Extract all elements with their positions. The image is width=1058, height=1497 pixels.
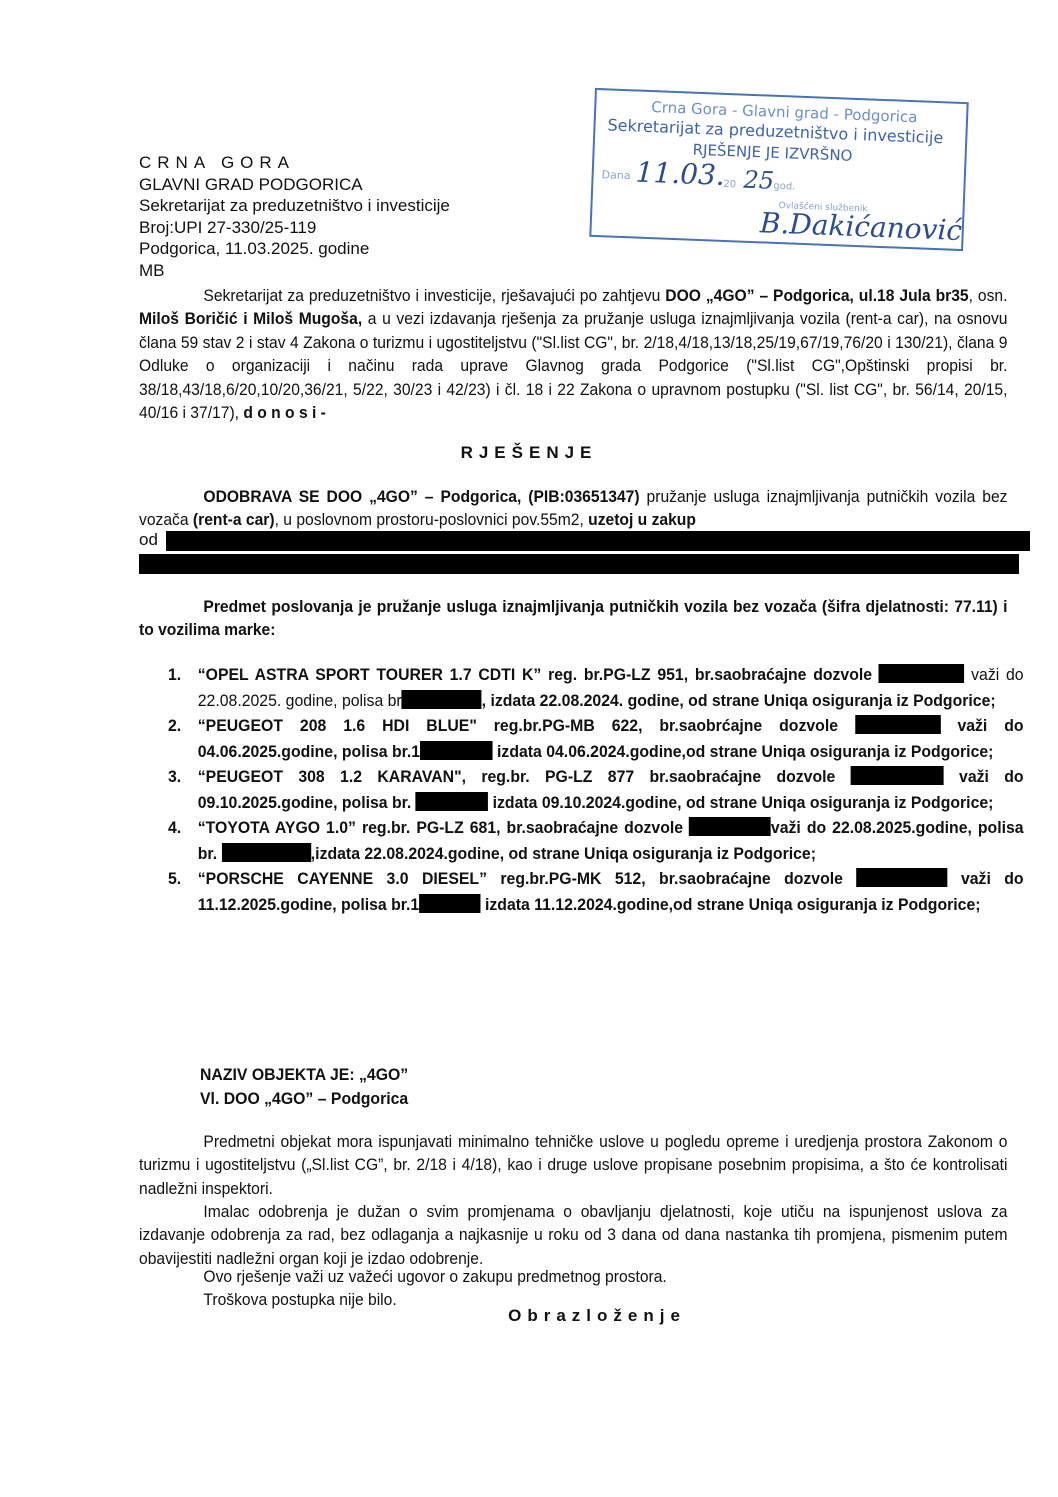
vehicle-number: 4. (168, 815, 181, 841)
vehicle-model: “PEUGEOT 208 1.6 HDI BLUE" (198, 716, 477, 735)
approval-rentacar: (rent-a car) (193, 510, 275, 529)
vehicle-item: 1. “OPEL ASTRA SPORT TOURER 1.7 CDTI K” … (168, 662, 1024, 713)
vehicle-registration: reg. br.PG-LZ 951, br.saobraćajne dozvol… (541, 665, 872, 684)
insurer-text: godine,od strane Uniqa osiguranja iz Pod… (617, 895, 981, 914)
official-signature: B.Dakićanović (759, 206, 962, 247)
redaction-bar (166, 531, 1030, 551)
redacted-permit (879, 664, 965, 683)
vehicle-model: “PEUGEOT 308 1.2 KARAVAN", (198, 767, 466, 786)
redacted-permit (851, 766, 944, 785)
vehicle-item: 5. “PORSCHE CAYENNE 3.0 DIESEL” reg.br.P… (168, 866, 1024, 917)
city-name: GLAVNI GRAD PODGORICA (139, 174, 450, 196)
approval-subject: ODOBRAVA SE DOO „4GO” – Podgorica, (PIB:… (203, 487, 639, 506)
policy-label: godine, polisa br. (281, 793, 411, 812)
intro-decides: d o n o s i - (243, 403, 326, 422)
object-owner: Vl. DOO „4GO” – Podgorica (200, 1087, 408, 1111)
insurer-text: godine,od strane Uniqa osiguranja iz Pod… (630, 742, 994, 761)
insurer-text: godine, od strane Uniqa osiguranja iz Po… (448, 844, 816, 863)
approval-text-2: , u poslovnom prostoru-poslovnici pov.55… (275, 510, 589, 529)
author-initials: MB (139, 260, 450, 282)
vehicle-model: “PORSCHE CAYENNE 3.0 DIESEL” (198, 869, 487, 888)
vehicle-list: 1. “OPEL ASTRA SPORT TOURER 1.7 CDTI K” … (168, 662, 1024, 917)
vehicle-registration: reg.br.PG-MK 512, br.saobraćajne dozvole (487, 869, 843, 888)
redacted-policy (419, 894, 480, 913)
vehicle-number: 2. (168, 713, 181, 739)
applicant-name: DOO „4GO” – Podgorica, ul.18 Jula br35 (665, 286, 968, 305)
intro-text-2: , osn. (969, 286, 1008, 305)
document-page: CRNA GORA GLAVNI GRAD PODGORICA Sekretar… (0, 0, 1058, 1497)
business-subject: Predmet poslovanja je pružanje usluga iz… (139, 595, 1007, 642)
valid-to: 22.08.2025. (198, 691, 282, 710)
object-name: NAZIV OBJEKTA JE: „4GO” (200, 1063, 408, 1087)
approval-leased: uzetoj u zakup (588, 510, 696, 529)
vehicle-item: 4. “TOYOTA AYGO 1.0” reg.br. PG-LZ 681, … (168, 815, 1024, 866)
vehicle-registration: reg.br.PG-MB 622, br.saobrćajne dozvole (477, 716, 838, 735)
redacted-permit (856, 868, 947, 887)
vehicle-registration: reg.br. PG-LZ 877 br.saobraćajne dozvole (466, 767, 835, 786)
redacted-policy (402, 690, 482, 709)
issued-date: izdata 11.12.2024. (481, 895, 617, 914)
insurer-text: godine, od strane Uniqa osiguranja iz Po… (625, 793, 993, 812)
approval-paragraph: ODOBRAVA SE DOO „4GO” – Podgorica, (PIB:… (139, 485, 1007, 532)
case-number: Broj:UPI 27-330/25-119 (139, 217, 450, 239)
enforceability-stamp: Crna Gora - Glavni grad - Podgorica Sekr… (589, 88, 968, 251)
founders-names: Miloš Boričić i Miloš Mugoša, (139, 309, 362, 328)
vehicle-number: 5. (168, 866, 181, 892)
redacted-policy (420, 741, 493, 760)
vehicle-model: “OPEL ASTRA SPORT TOURER 1.7 CDTI K” (198, 665, 542, 684)
issued-date: izdata 09.10.2024. (488, 793, 625, 812)
redacted-policy (222, 843, 311, 862)
vehicle-item: 3. “PEUGEOT 308 1.2 KARAVAN", reg.br. PG… (168, 764, 1024, 815)
issued-date: izdata 04.06.2024. (493, 742, 630, 761)
stamp-year-prefix: 20 (723, 179, 736, 190)
decision-title: RJEŠENJE (0, 443, 1058, 463)
policy-label: godine, polisa br.1 (280, 895, 419, 914)
intro-text-1: Sekretarijat za preduzetništvo i investi… (203, 286, 665, 305)
policy-label: godine, polisa br.1 (281, 742, 420, 761)
vehicle-registration: reg.br. PG-LZ 681, br.saobraćajne dozvol… (356, 818, 683, 837)
vehicle-number: 1. (168, 662, 181, 688)
insurer-text: godine, od strane Uniqa osiguranja iz Po… (623, 691, 995, 710)
redacted-permit (689, 817, 771, 836)
issued-date: , izdata 22.08.2024. (482, 691, 624, 710)
stamp-date-label: Dana (601, 168, 630, 182)
redacted-policy (416, 792, 489, 811)
stamp-year-suffix: god. (773, 181, 795, 193)
intro-paragraph: Sekretarijat za preduzetništvo i investi… (139, 284, 1007, 424)
issuer-header: CRNA GORA GLAVNI GRAD PODGORICA Sekretar… (139, 152, 450, 281)
vehicle-model: “TOYOTA AYGO 1.0” (198, 818, 356, 837)
policy-label: godine, polisa br (281, 691, 401, 710)
conditions-paragraph-3: Ovo rješenje važi uz važeći ugovor o zak… (139, 1265, 1007, 1288)
approval-from-label: od (139, 530, 158, 550)
vehicle-number: 3. (168, 764, 181, 790)
valid-to: važi do 22.08.2025. (771, 818, 916, 837)
vehicle-item: 2. “PEUGEOT 208 1.6 HDI BLUE" reg.br.PG-… (168, 713, 1024, 764)
redaction-bar (139, 554, 1019, 574)
stamp-year-handwritten: 25 (743, 166, 775, 195)
place-date: Podgorica, 11.03.2025. godine (139, 238, 450, 260)
reasoning-title: Obrazloženje (68, 1306, 1058, 1326)
conditions-paragraph-2: Imalac odobrenja je dužan o svim promjen… (139, 1200, 1007, 1270)
conditions-paragraph-1: Predmetni objekat mora ispunjavati minim… (139, 1130, 1007, 1200)
redacted-permit (855, 715, 941, 734)
country-name: CRNA GORA (139, 152, 450, 174)
issued-date: ,izdata 22.08.2024. (311, 844, 448, 863)
department-name: Sekretarijat za preduzetništvo i investi… (139, 195, 450, 217)
object-info: NAZIV OBJEKTA JE: „4GO” Vl. DOO „4GO” – … (200, 1063, 408, 1110)
valid-label: važi do (964, 665, 1023, 684)
stamp-date-handwritten: 11.03. (635, 156, 725, 192)
